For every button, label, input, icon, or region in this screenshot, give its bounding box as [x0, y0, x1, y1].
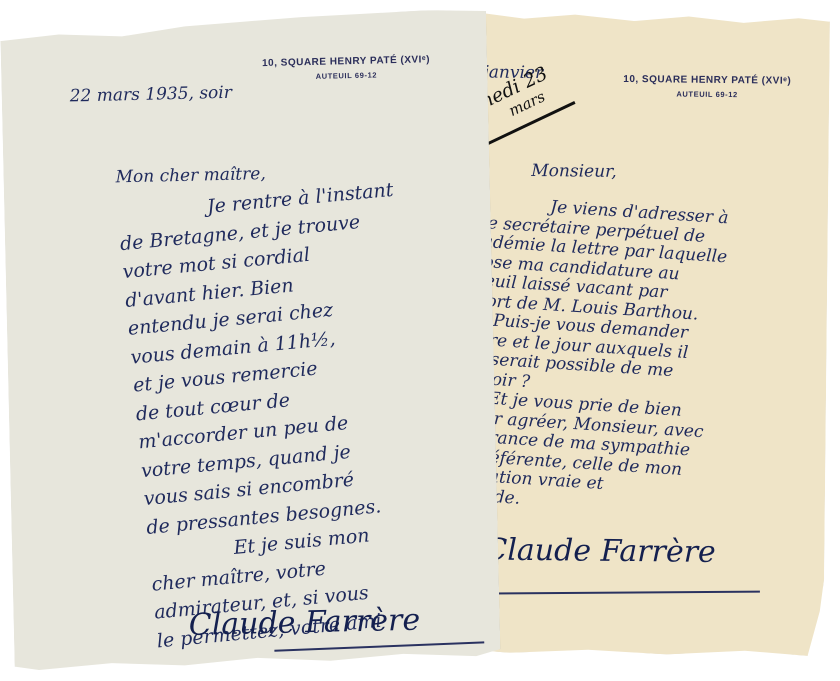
salutation: Mon cher maître,: [115, 164, 266, 187]
signature: Claude Farrère: [484, 533, 716, 570]
letterhead-back: 10, SQUARE HENRY PATÉ (XVIᵉ) AUTEUIL 69-…: [587, 74, 827, 101]
letterhead-front: 10, SQUARE HENRY PATÉ (XVIᵉ) AUTEUIL 69-…: [231, 54, 461, 83]
signature-rule: [274, 641, 484, 651]
letter-front: 10, SQUARE HENRY PATÉ (XVIᵉ) AUTEUIL 69-…: [0, 9, 501, 680]
letterhead-telephone: AUTEUIL 69-12: [587, 89, 827, 101]
letter-body-front: Je rentre à l'instant de Bretagne, et je…: [116, 176, 434, 656]
salutation: Monsieur,: [531, 161, 617, 182]
letter-date: 22 mars 1935, soir: [70, 83, 233, 107]
letterhead-address: 10, SQUARE HENRY PATÉ (XVIᵉ): [231, 54, 461, 70]
letterhead-telephone: AUTEUIL 69-12: [231, 69, 461, 83]
letterhead-address: 10, SQUARE HENRY PATÉ (XVIᵉ): [587, 74, 827, 88]
signature: Claude Farrère: [188, 603, 420, 643]
